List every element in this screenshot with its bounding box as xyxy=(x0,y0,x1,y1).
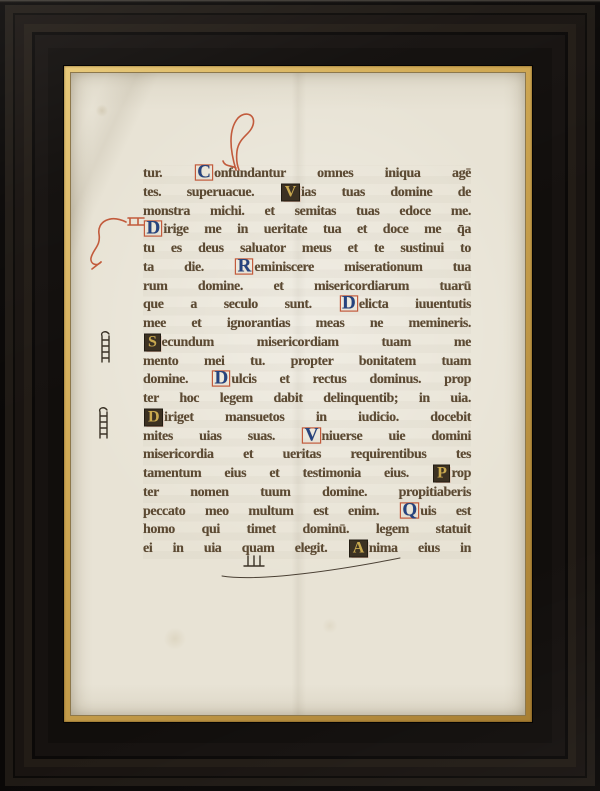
black-cadel-ladder-icon xyxy=(92,404,144,458)
manuscript-line: peccato meo multum est enim. Quis est xyxy=(143,503,471,522)
manuscript-line: mites uias suas. Vniuerse uie domini xyxy=(143,428,471,447)
text-run: ei in uia quam elegit. xyxy=(143,541,348,556)
manuscript-line: Dirige me in ueritate tua et doce me q̄a xyxy=(143,221,471,240)
red-penwork-cadel-icon xyxy=(88,212,146,270)
illuminated-initial-gold: A xyxy=(350,541,367,557)
text-run: ulcis et rectus dominus. prop xyxy=(231,372,471,387)
illuminated-initial-blue: D xyxy=(145,222,161,236)
red-penwork-flourish-icon xyxy=(220,110,272,172)
text-run: monstra michi. et semitas tuas edoce me. xyxy=(143,204,471,219)
manuscript-line: homo qui timet dominū. legem statuit xyxy=(143,521,471,540)
text-run: mites uias suas. xyxy=(143,429,301,444)
text-run: ter hoc legem dabit delinquentib; in uia… xyxy=(143,391,471,406)
manuscript-line: mento mei tu. propter bonitatem tuam xyxy=(143,353,471,372)
text-run: mento mei tu. propter bonitatem tuam xyxy=(143,354,471,369)
text-run: tes. superuacue. xyxy=(143,185,280,200)
text-run: tamentum eius et testimonia eius. xyxy=(143,466,432,481)
illuminated-initial-blue: Q xyxy=(401,503,418,517)
text-run: niuerse uie domini xyxy=(322,429,471,444)
manuscript-leaf: tur. Confundantur omnes iniqua agētes. s… xyxy=(70,72,526,716)
text-run: domine. xyxy=(143,372,211,387)
gold-fillet: tur. Confundantur omnes iniqua agētes. s… xyxy=(64,66,532,722)
manuscript-line: ter hoc legem dabit delinquentib; in uia… xyxy=(143,390,471,409)
black-cadel-ladder-icon xyxy=(94,328,146,382)
manuscript-line: domine. Dulcis et rectus dominus. prop xyxy=(143,371,471,390)
text-run: ta die. xyxy=(143,260,234,275)
manuscript-line: mee et ignorantias meas ne memineris. xyxy=(143,315,471,334)
text-run: ter nomen tuum domine. propitiaberis xyxy=(143,485,471,500)
text-run: eminiscere miserationum tua xyxy=(254,260,471,275)
illuminated-initial-blue: D xyxy=(341,297,357,311)
frame-top-edge-highlight xyxy=(0,0,600,3)
text-run: onfundantur omnes iniqua agē xyxy=(214,166,471,181)
text-run: mee et ignorantias meas ne memineris. xyxy=(143,316,471,331)
manuscript-line: monstra michi. et semitas tuas edoce me. xyxy=(143,203,471,222)
illuminated-initial-blue: D xyxy=(213,372,229,386)
text-run: tu es deus saluator meus et te sustinui … xyxy=(143,241,471,256)
illuminated-initial-blue: R xyxy=(236,259,252,273)
illuminated-initial-gold: S xyxy=(145,334,160,350)
text-run: rum domine. et misericordiarum tuarū xyxy=(143,279,471,294)
text-run: ecundum misericordiam tuam me xyxy=(162,335,472,350)
manuscript-line: ei in uia quam elegit. Anima eius in xyxy=(143,540,471,559)
manuscript-line: tes. superuacue. Vias tuas domine de xyxy=(143,184,471,203)
manuscript-line: rum domine. et misericordiarum tuarū xyxy=(143,278,471,297)
manuscript-text: tur. Confundantur omnes iniqua agētes. s… xyxy=(143,165,471,559)
text-run: que a seculo sunt. xyxy=(143,297,339,312)
text-run: tur. xyxy=(143,166,194,181)
text-run: nima eius in xyxy=(369,541,471,556)
manuscript-line: ta die. Reminiscere miserationum tua xyxy=(143,259,471,278)
illuminated-initial-gold: P xyxy=(434,466,449,482)
text-run: misericordia et ueritas requirentibus te… xyxy=(143,447,471,462)
text-run: irige me in ueritate tua et doce me q̄a xyxy=(163,222,471,237)
manuscript-line: ter nomen tuum domine. propitiaberis xyxy=(143,484,471,503)
text-run: uis est xyxy=(420,504,471,519)
text-run: ias tuas domine de xyxy=(301,185,471,200)
manuscript-line: tur. Confundantur omnes iniqua agē xyxy=(143,165,471,184)
text-run: homo qui timet dominū. legem statuit xyxy=(143,522,471,537)
text-run: elicta iuuentutis xyxy=(359,297,471,312)
illuminated-initial-gold: D xyxy=(145,409,162,425)
manuscript-line: tamentum eius et testimonia eius. Prop xyxy=(143,465,471,484)
manuscript-line: misericordia et ueritas requirentibus te… xyxy=(143,446,471,465)
manuscript-line: tu es deus saluator meus et te sustinui … xyxy=(143,240,471,259)
text-run: peccato meo multum est enim. xyxy=(143,504,399,519)
manuscript-line: que a seculo sunt. Delicta iuuentutis xyxy=(143,296,471,315)
picture-frame: tur. Confundantur omnes iniqua agētes. s… xyxy=(0,0,600,791)
text-run: rop xyxy=(451,466,471,481)
manuscript-line: Secundum misericordiam tuam me xyxy=(143,334,471,353)
illuminated-initial-blue: V xyxy=(303,428,319,442)
illuminated-initial-gold: V xyxy=(282,184,299,200)
framed-manuscript-photo: tur. Confundantur omnes iniqua agētes. s… xyxy=(0,0,600,791)
illuminated-initial-blue: C xyxy=(196,166,212,180)
text-run: iriget mansuetos in iudicio. docebit xyxy=(164,410,471,425)
